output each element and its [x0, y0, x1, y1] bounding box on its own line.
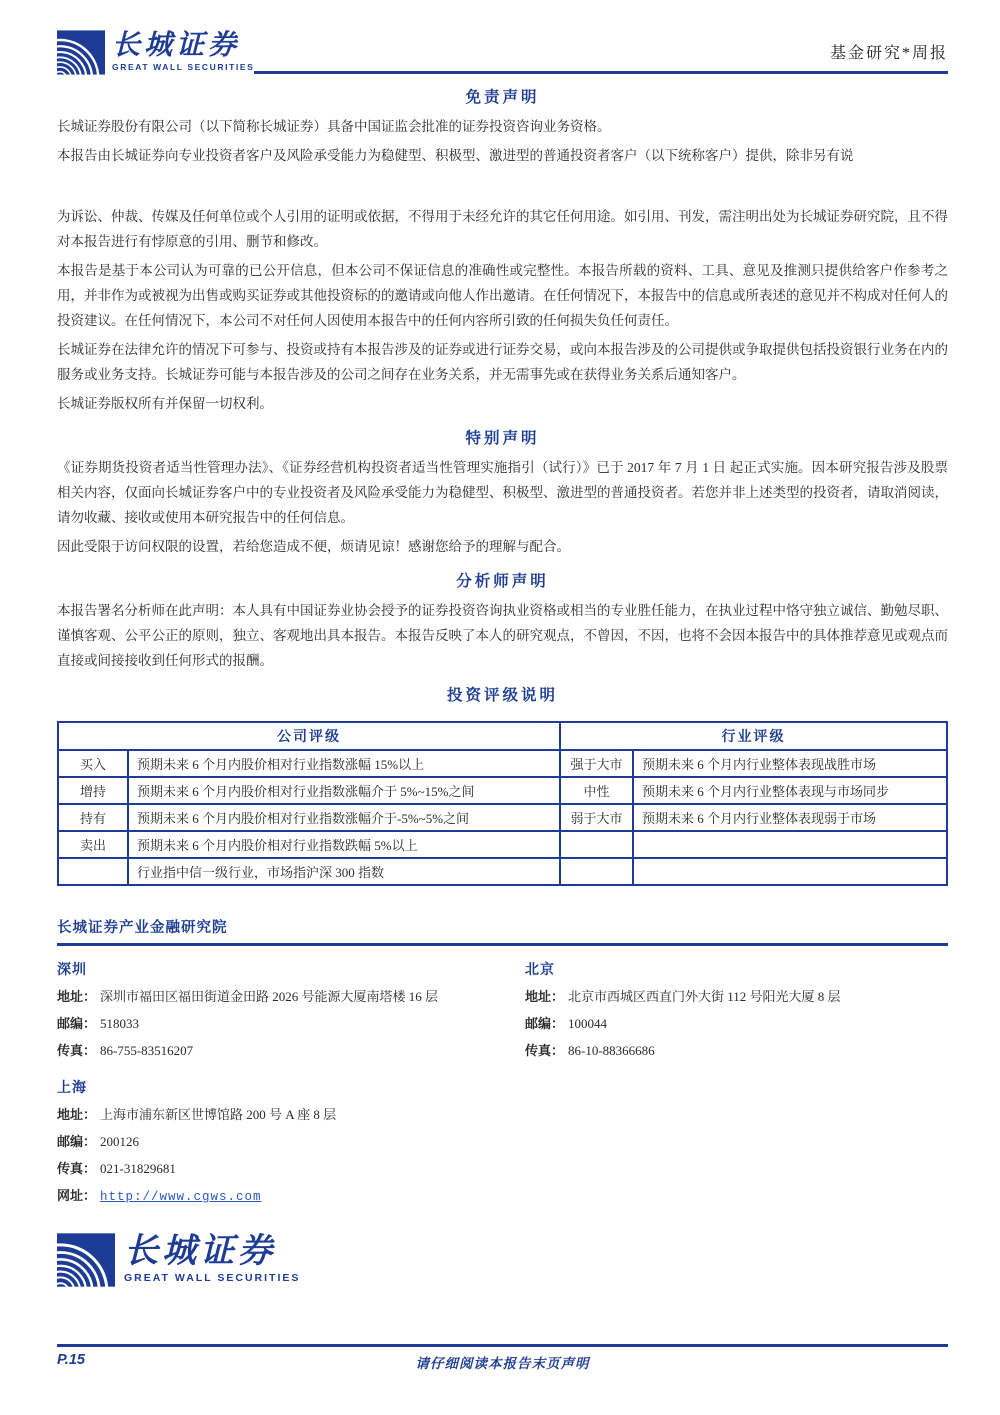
- office-beijing: 北京 地址：北京市西城区西直门外大街 112 号阳光大厦 8 层 邮编：1000…: [525, 946, 948, 1064]
- office-fax-line: 传真：86-755-83516207: [57, 1037, 515, 1064]
- footer-notice: 请仔细阅读本报告末页声明: [416, 1352, 590, 1372]
- section-title-special: 特别声明: [57, 428, 948, 450]
- section-title-analyst: 分析师声明: [57, 571, 948, 593]
- section-title-rating: 投资评级说明: [57, 685, 948, 707]
- rating-cell: [560, 858, 633, 885]
- office-city-label: 北京: [525, 959, 938, 979]
- rating-cell: 预期未来 6 个月内行业整体表现战胜市场: [633, 750, 947, 777]
- greatwall-logo: 长城证券 GREAT WALL SECURITIES: [57, 30, 254, 75]
- rating-cell: [58, 858, 128, 885]
- office-city-label: 上海: [57, 1077, 515, 1097]
- rating-cell: 弱于大市: [560, 804, 633, 831]
- office-zip-line: 邮编：100044: [525, 1010, 938, 1037]
- page-number: P.15: [57, 1352, 85, 1368]
- rating-cell: 预期未来 6 个月内股价相对行业指数涨幅介于 5%~15%之间: [128, 777, 560, 804]
- disclaimer-paragraph: 本报告是基于本公司认为可靠的已公开信息，但本公司不保证信息的准确性或完整性。本报…: [57, 258, 948, 333]
- rating-cell: 预期未来 6 个月内行业整体表现弱于市场: [633, 804, 947, 831]
- greatwall-shell-icon: [57, 1232, 115, 1288]
- office-address-line: 地址：北京市西城区西直门外大街 112 号阳光大厦 8 层: [525, 983, 938, 1010]
- analyst-paragraph: 本报告署名分析师在此声明：本人具有中国证券业协会授予的证券投资咨询执业资格或相当…: [57, 598, 948, 673]
- table-row: 增持 预期未来 6 个月内股价相对行业指数涨幅介于 5%~15%之间 中性 预期…: [58, 777, 947, 804]
- header-divider: [254, 71, 948, 74]
- rating-cell: 买入: [58, 750, 128, 777]
- logo-en-text: GREAT WALL SECURITIES: [112, 62, 254, 72]
- website-link[interactable]: http://www.cgws.com: [100, 1190, 262, 1204]
- office-zip-line: 邮编：200126: [57, 1128, 515, 1155]
- page-header: 基金研究*周报: [57, 0, 948, 75]
- table-row: 卖出 预期未来 6 个月内股价相对行业指数跌幅 5%以上: [58, 831, 947, 858]
- greatwall-shell-icon: [57, 30, 105, 75]
- rating-cell: 持有: [58, 804, 128, 831]
- logo-en-text: GREAT WALL SECURITIES: [124, 1272, 300, 1284]
- footer-logo: 长城证券 GREAT WALL SECURITIES: [57, 1232, 300, 1288]
- disclaimer-paragraph: 长城证券股份有限公司（以下简称长城证券）具备中国证监会批准的证券投资咨询业务资格…: [57, 114, 948, 139]
- table-row: 持有 预期未来 6 个月内股价相对行业指数涨幅介于-5%~5%之间 弱于大市 预…: [58, 804, 947, 831]
- office-shanghai: 上海 地址：上海市浦东新区世博馆路 200 号 A 座 8 层 邮编：20012…: [57, 1064, 525, 1211]
- rating-cell: 预期未来 6 个月内行业整体表现与市场同步: [633, 777, 947, 804]
- special-paragraph: 《证券期货投资者适当性管理办法》、《证券经营机构投资者适当性管理实施指引（试行）…: [57, 455, 948, 530]
- office-zip-line: 邮编：518033: [57, 1010, 515, 1037]
- section-title-disclaimer: 免责声明: [57, 87, 948, 109]
- rating-cell: 中性: [560, 777, 633, 804]
- logo-cn-text: 长城证券: [112, 30, 254, 60]
- institute-title: 长城证券产业金融研究院: [57, 916, 948, 937]
- industry-rating-header: 行业评级: [560, 722, 947, 750]
- office-fax-line: 传真：021-31829681: [57, 1155, 515, 1182]
- company-rating-header: 公司评级: [58, 722, 560, 750]
- rating-table: 公司评级 行业评级 买入 预期未来 6 个月内股价相对行业指数涨幅 15%以上 …: [57, 721, 948, 886]
- rating-cell: 预期未来 6 个月内股价相对行业指数涨幅 15%以上: [128, 750, 560, 777]
- table-row: 行业指中信一级行业，市场指沪深 300 指数: [58, 858, 947, 885]
- rating-cell: [633, 858, 947, 885]
- disclaimer-paragraph: 长城证券在法律允许的情况下可参与、投资或持有本报告涉及的证券或进行证券交易，或向…: [57, 337, 948, 387]
- disclaimer-paragraph: 长城证券版权所有并保留一切权利。: [57, 391, 948, 416]
- rating-cell: 增持: [58, 777, 128, 804]
- rating-cell: 强于大市: [560, 750, 633, 777]
- disclaimer-paragraph: 本报告由长城证券向专业投资者客户及风险承受能力为稳健型、积极型、激进型的普通投资…: [57, 143, 948, 168]
- rating-cell: 预期未来 6 个月内股价相对行业指数涨幅介于-5%~5%之间: [128, 804, 560, 831]
- rating-cell: [560, 831, 633, 858]
- report-page: 基金研究*周报: [0, 0, 1000, 1415]
- special-paragraph: 因此受限于访问权限的设置，若给您造成不便，烦请见谅！感谢您给予的理解与配合。: [57, 534, 948, 559]
- disclaimer-paragraph: 为诉讼、仲裁、传媒及任何单位或个人引用的证明或依据，不得用于未经允许的其它任何用…: [57, 204, 948, 254]
- office-address-line: 地址：深圳市福田区福田街道金田路 2026 号能源大厦南塔楼 16 层: [57, 983, 515, 1010]
- rating-cell: [633, 831, 947, 858]
- rating-cell: 卖出: [58, 831, 128, 858]
- office-list: 深圳 地址：深圳市福田区福田街道金田路 2026 号能源大厦南塔楼 16 层 邮…: [57, 946, 948, 1211]
- office-fax-line: 传真：86-10-88366686: [525, 1037, 938, 1064]
- office-website-line: 网址：http://www.cgws.com: [57, 1182, 515, 1211]
- report-type-label: 基金研究*周报: [830, 40, 948, 63]
- table-row: 买入 预期未来 6 个月内股价相对行业指数涨幅 15%以上 强于大市 预期未来 …: [58, 750, 947, 777]
- rating-header-row: 公司评级 行业评级: [58, 722, 947, 750]
- rating-cell: 预期未来 6 个月内股价相对行业指数跌幅 5%以上: [128, 831, 560, 858]
- office-shenzhen: 深圳 地址：深圳市福田区福田街道金田路 2026 号能源大厦南塔楼 16 层 邮…: [57, 946, 525, 1064]
- footer-bar: P.15 请仔细阅读本报告末页声明: [57, 1344, 948, 1373]
- office-address-line: 地址：上海市浦东新区世博馆路 200 号 A 座 8 层: [57, 1101, 515, 1128]
- office-city-label: 深圳: [57, 959, 515, 979]
- logo-cn-text: 长城证券: [124, 1232, 300, 1270]
- rating-cell: 行业指中信一级行业，市场指沪深 300 指数: [128, 858, 560, 885]
